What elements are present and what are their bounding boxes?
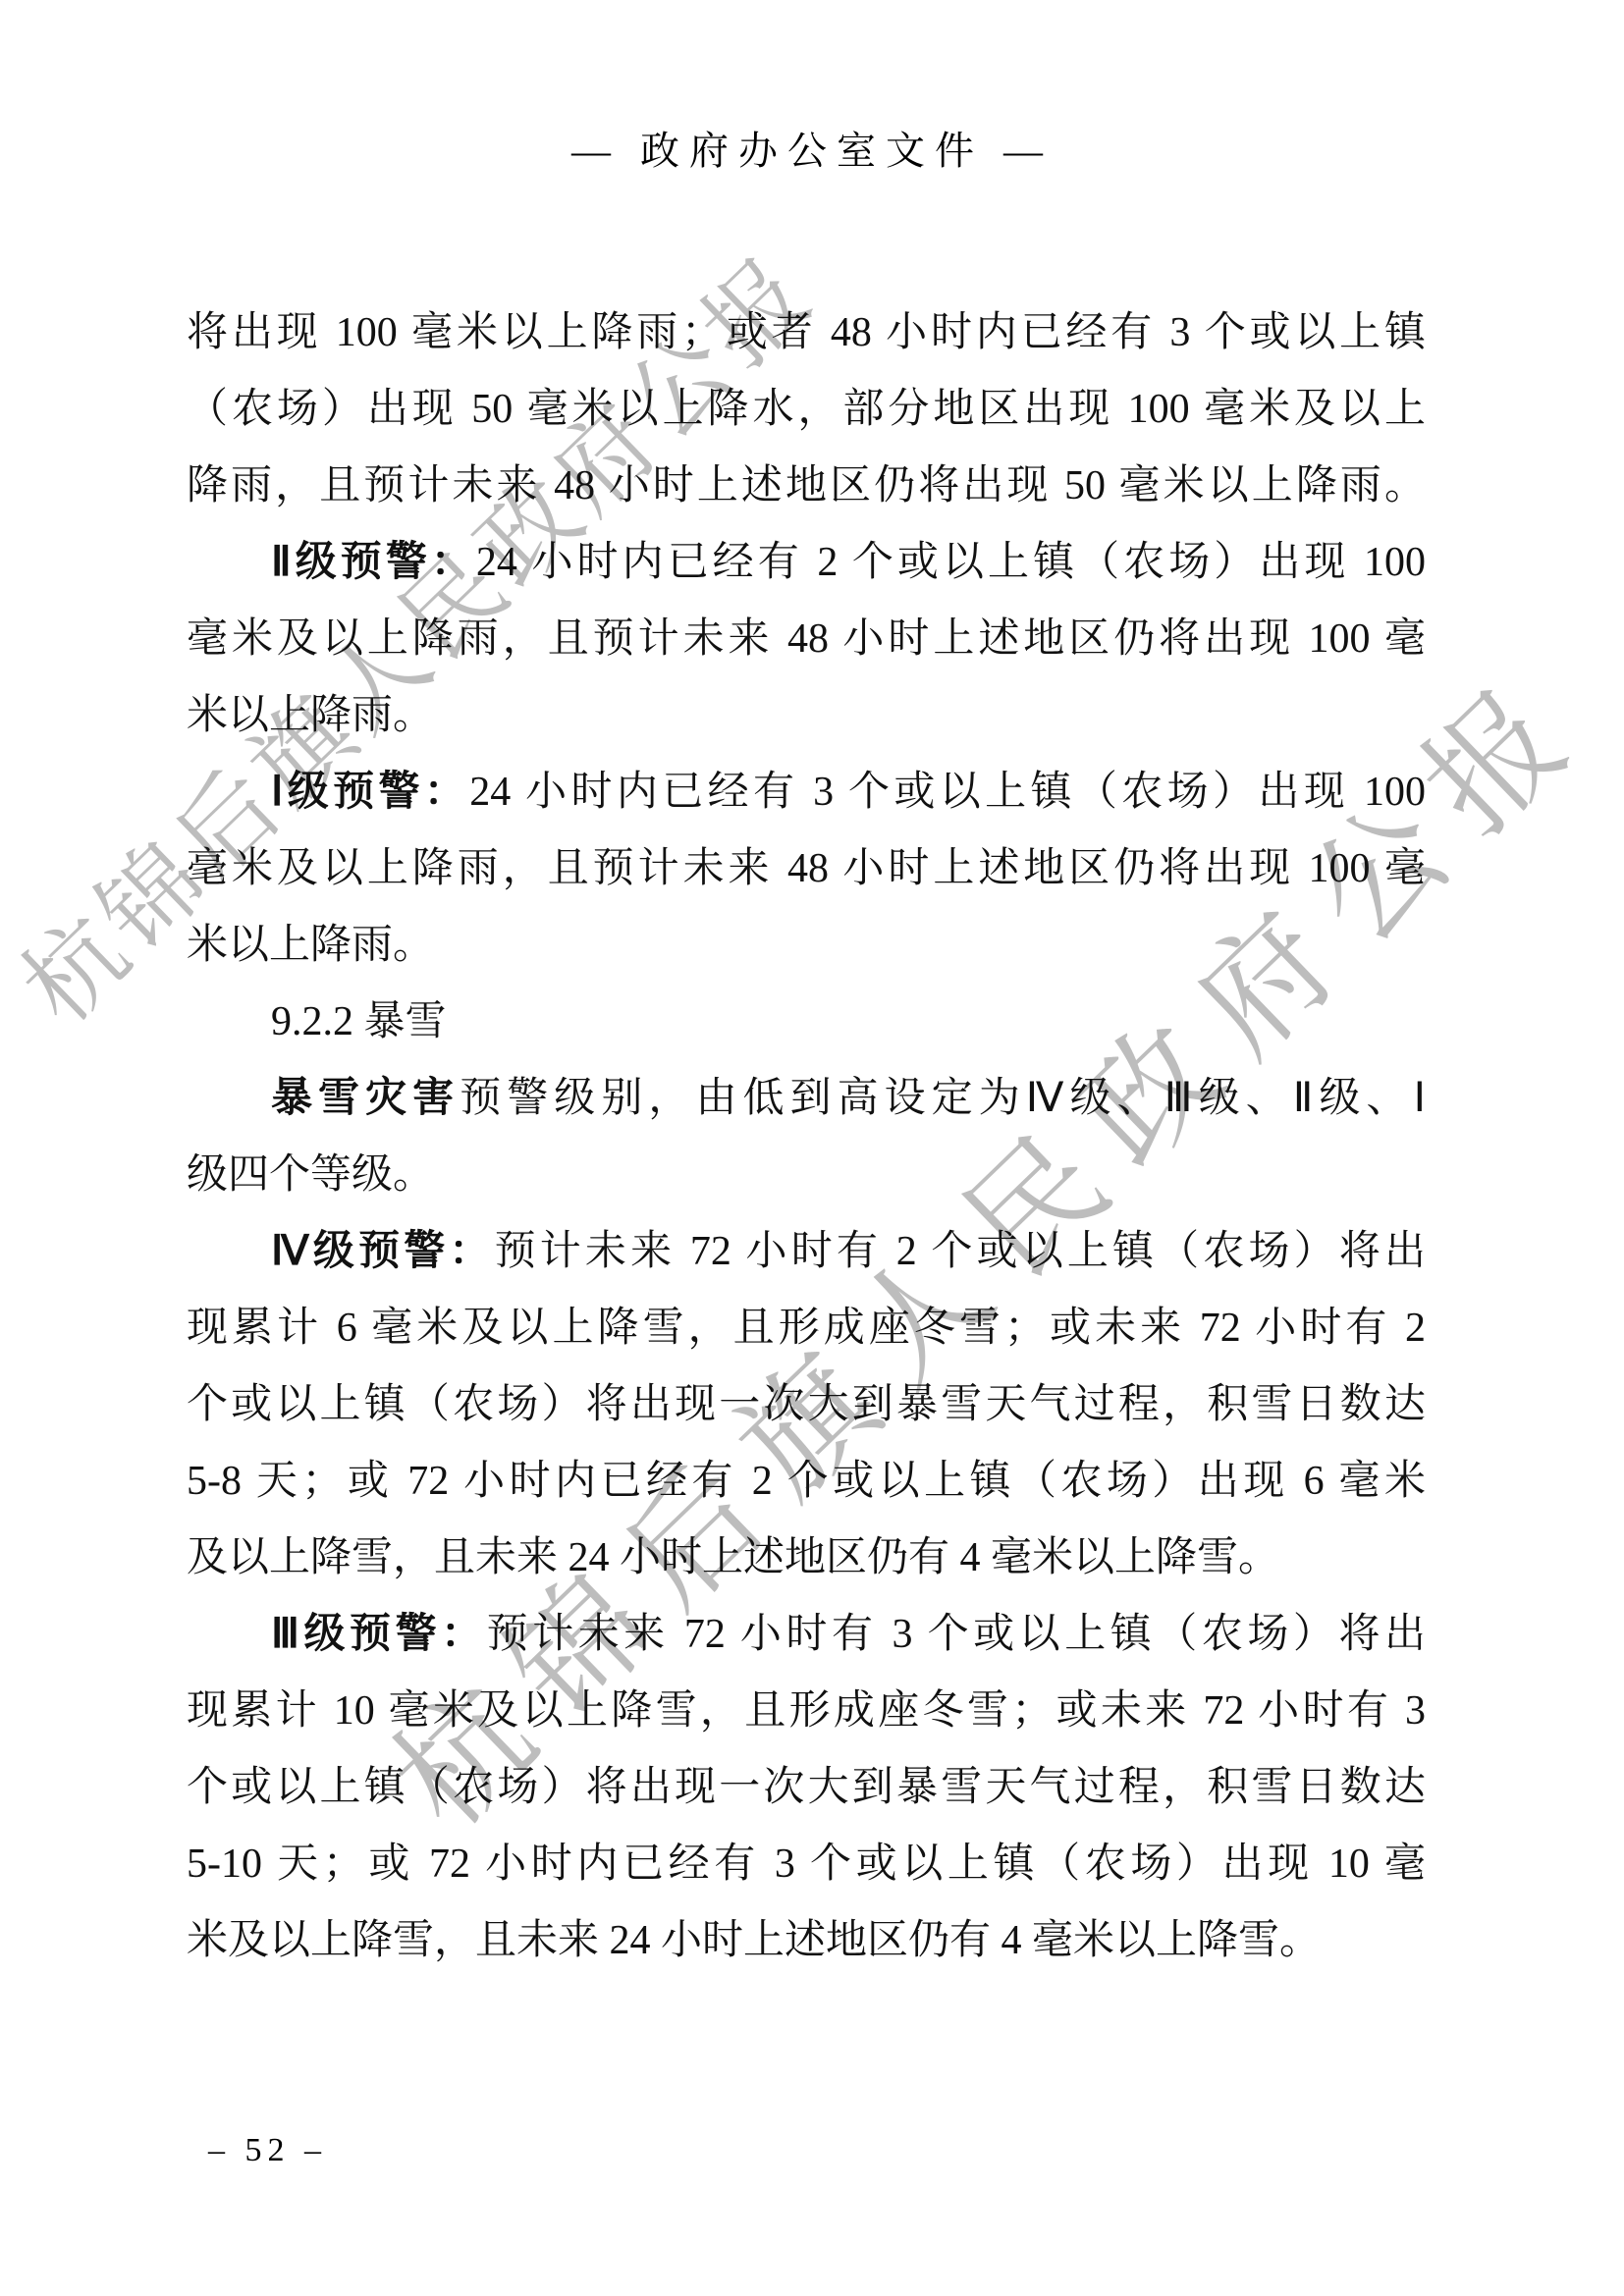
body-line: 个或以上镇（农场）将出现一次大到暴雪天气过程，积雪日数达 [187,1366,1426,1443]
bold-lead: Ⅳ级预警： [271,1229,495,1274]
document-page: 杭锦后旗人民政府公报 杭锦后旗人民政府公报 — 政府办公室文件 — 将出现 10… [0,0,1624,2296]
bold-lead: Ⅱ级预警： [271,540,476,585]
body-line: 5-8 天；或 72 小时内已经有 2 个或以上镇（农场）出现 6 毫米 [187,1443,1426,1520]
body-line: Ⅰ级预警：24 小时内已经有 3 个或以上镇（农场）出现 100 [187,754,1426,830]
body-line: Ⅳ级预警：预计未来 72 小时有 2 个或以上镇（农场）将出 [187,1213,1426,1290]
body-line: 9.2.2 暴雪 [187,984,1426,1060]
body-line: 米以上降雨。 [187,677,1426,754]
body-line: 级四个等级。 [187,1137,1426,1213]
body-line: Ⅱ级预警：24 小时内已经有 2 个或以上镇（农场）出现 100 [187,524,1426,601]
body-line: 毫米及以上降雨，且预计未来 48 小时上述地区仍将出现 100 毫 [187,601,1426,677]
body-line: 米以上降雨。 [187,907,1426,984]
bold-lead: Ⅲ级预警： [271,1612,487,1657]
body-line: 5-10 天；或 72 小时内已经有 3 个或以上镇（农场）出现 10 毫 [187,1826,1426,1902]
body-line: （农场）出现 50 毫米以上降水，部分地区出现 100 毫米及以上 [187,371,1426,448]
body-line: 现累计 10 毫米及以上降雪，且形成座冬雪；或未来 72 小时有 3 [187,1673,1426,1749]
body-line: 及以上降雪，且未来 24 小时上述地区仍有 4 毫米以上降雪。 [187,1520,1426,1596]
body-line: 降雨，且预计未来 48 小时上述地区仍将出现 50 毫米以上降雨。 [187,448,1426,524]
body-line: 将出现 100 毫米以上降雨；或者 48 小时内已经有 3 个或以上镇 [187,294,1426,371]
body-line: 毫米及以上降雨，且预计未来 48 小时上述地区仍将出现 100 毫 [187,830,1426,907]
document-body: 将出现 100 毫米以上降雨；或者 48 小时内已经有 3 个或以上镇（农场）出… [187,294,1426,1979]
body-line: 暴雪灾害预警级别，由低到高设定为Ⅳ级、Ⅲ级、Ⅱ级、Ⅰ [187,1060,1426,1137]
body-line: 现累计 6 毫米及以上降雪，且形成座冬雪；或未来 72 小时有 2 [187,1290,1426,1366]
page-number: – 52 – [208,2132,327,2169]
body-line: Ⅲ级预警：预计未来 72 小时有 3 个或以上镇（农场）将出 [187,1596,1426,1673]
body-line: 个或以上镇（农场）将出现一次大到暴雪天气过程，积雪日数达 [187,1749,1426,1826]
bold-lead: 暴雪灾害 [271,1076,460,1121]
bold-lead: Ⅰ级预警： [271,770,469,815]
page-header: — 政府办公室文件 — [0,120,1624,176]
body-line: 米及以上降雪，且未来 24 小时上述地区仍有 4 毫米以上降雪。 [187,1902,1426,1979]
